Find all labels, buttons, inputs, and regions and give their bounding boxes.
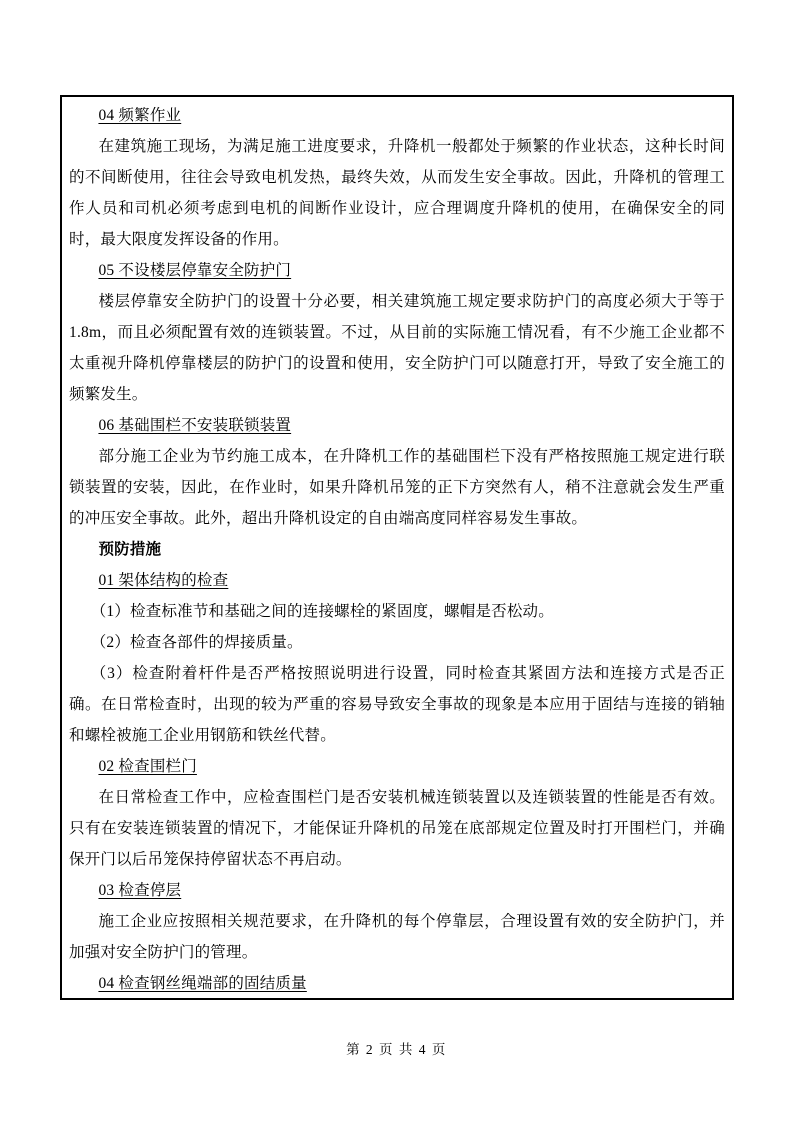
paragraph: 在建筑施工现场，为满足施工进度要求，升降机一般都处于频繁的作业状态，这种长时间的… — [69, 131, 725, 255]
section-heading: 06 基础围栏不安装联锁装置 — [69, 410, 725, 441]
document-page: { "document": { "blocks": [ {"type": "he… — [0, 0, 793, 1122]
section-heading: 04 检查钢丝绳端部的固结质量 — [69, 968, 725, 999]
list-item: （3）检查附着杆件是否严格按照说明进行设置，同时检查其紧固方法和连接方式是否正确… — [69, 658, 725, 751]
document-frame: 04 频繁作业在建筑施工现场，为满足施工进度要求，升降机一般都处于频繁的作业状态… — [60, 95, 734, 1000]
page-number-footer: 第 2 页 共 4 页 — [0, 1038, 793, 1058]
subsection-title: 预防措施 — [69, 534, 725, 565]
paragraph: 部分施工企业为节约施工成本，在升降机工作的基础围栏下没有严格按照施工规定进行联锁… — [69, 441, 725, 534]
section-heading: 03 检查停层 — [69, 875, 725, 906]
list-item: （1）检查标准节和基础之间的连接螺栓的紧固度，螺帽是否松动。 — [69, 596, 725, 627]
section-heading: 05 不设楼层停靠安全防护门 — [69, 255, 725, 286]
section-heading: 01 架体结构的检查 — [69, 565, 725, 596]
document-body: 04 频繁作业在建筑施工现场，为满足施工进度要求，升降机一般都处于频繁的作业状态… — [69, 100, 725, 999]
section-heading: 02 检查围栏门 — [69, 751, 725, 782]
paragraph: 在日常检查工作中，应检查围栏门是否安装机械连锁装置以及连锁装置的性能是否有效。只… — [69, 782, 725, 875]
section-heading: 04 频繁作业 — [69, 100, 725, 131]
paragraph: 楼层停靠安全防护门的设置十分必要，相关建筑施工规定要求防护门的高度必须大于等于1… — [69, 286, 725, 410]
paragraph: 施工企业应按照相关规范要求，在升降机的每个停靠层，合理设置有效的安全防护门，并加… — [69, 906, 725, 968]
list-item: （2）检查各部件的焊接质量。 — [69, 627, 725, 658]
